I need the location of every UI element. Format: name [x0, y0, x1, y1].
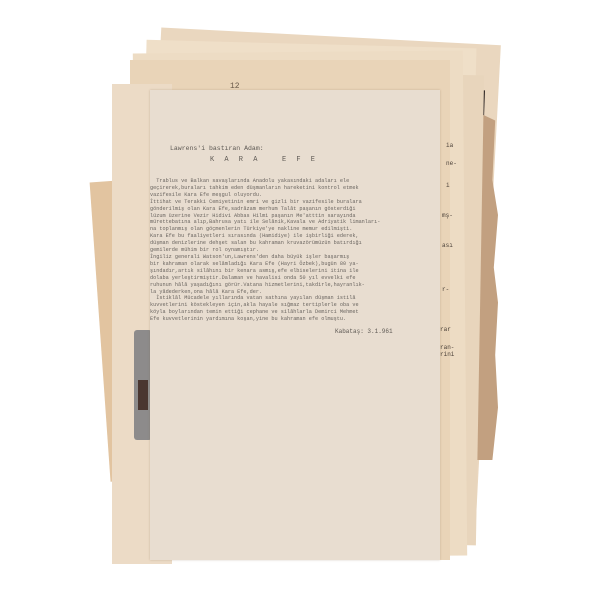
edge-fragment: mş-: [442, 212, 453, 219]
body-line: İttihat ve Terakki Cemiyetinin emri ve g…: [150, 199, 435, 206]
body-line: na toplanmış olan göçmenlerin Türkiye'ye…: [150, 226, 435, 233]
body-line: geçirerek,buraları tahkim eden düşmanlar…: [150, 185, 435, 192]
edge-fragment: ia: [446, 142, 453, 149]
body-line: mürettebatına alıp,Bahrusa yatı ile Selâ…: [150, 219, 435, 226]
body-line: Efe kuvvetlerinin yardımına koşan,yine b…: [150, 316, 435, 323]
body-line: dolaba yerleştirmiştir.Dalaman ve havali…: [150, 275, 435, 282]
body-line: İstiklâl Mücadele yıllarında vatan sathı…: [150, 295, 435, 302]
document-body: Trablus ve Balkan savaşlarında Anadolu y…: [150, 178, 435, 323]
body-line: lüzum üzerine Vezir Hidivi Abbas Hilmi p…: [150, 213, 435, 220]
body-line: düşman denizlerine dehşet salan bu kahra…: [150, 240, 435, 247]
document-title: Lawrens'i bastıran Adam:: [170, 145, 264, 152]
body-line: vazifesile Kara Efe meşgul oluyordu.: [150, 192, 435, 199]
dark-stain: [138, 380, 148, 410]
body-line: şındadır,artık silâhını bir kenara asmış…: [150, 268, 435, 275]
edge-fragment: r-: [442, 286, 449, 293]
document-heading: K A R A E F E: [210, 156, 318, 164]
typed-document: Lawrens'i bastıran Adam: K A R A E F E T…: [150, 90, 440, 560]
document-signature: Kabataş: 3.1.961: [335, 328, 393, 335]
body-line: ruhunun hâlâ yaşadığını görür.Vatana hiz…: [150, 282, 435, 289]
edge-fragment: rar: [440, 326, 451, 333]
edge-fragment: i: [446, 182, 450, 189]
body-line: bir kahraman olarak selâmladığı Kara Efe…: [150, 261, 435, 268]
body-line: gemilerde mühim bir rol oynamıştır.: [150, 247, 435, 254]
edge-fragment: ası: [442, 242, 453, 249]
edge-fragment: ran- rini: [440, 344, 454, 358]
body-line: kuvvetlerini köstekleyen için,akla hayal…: [150, 302, 435, 309]
body-line: Kara Efe bu faaliyetleri sırasında (Hami…: [150, 233, 435, 240]
edge-fragment: ne-: [446, 160, 457, 167]
body-line: Trablus ve Balkan savaşlarında Anadolu y…: [150, 178, 435, 185]
body-line: gönderilmiş olan Kara Efe,sadrâzam merhu…: [150, 206, 435, 213]
body-line: İngiliz generali Watson'un,Lawrens'den d…: [150, 254, 435, 261]
body-line: köyla boylarından temin ettiği cephane v…: [150, 309, 435, 316]
